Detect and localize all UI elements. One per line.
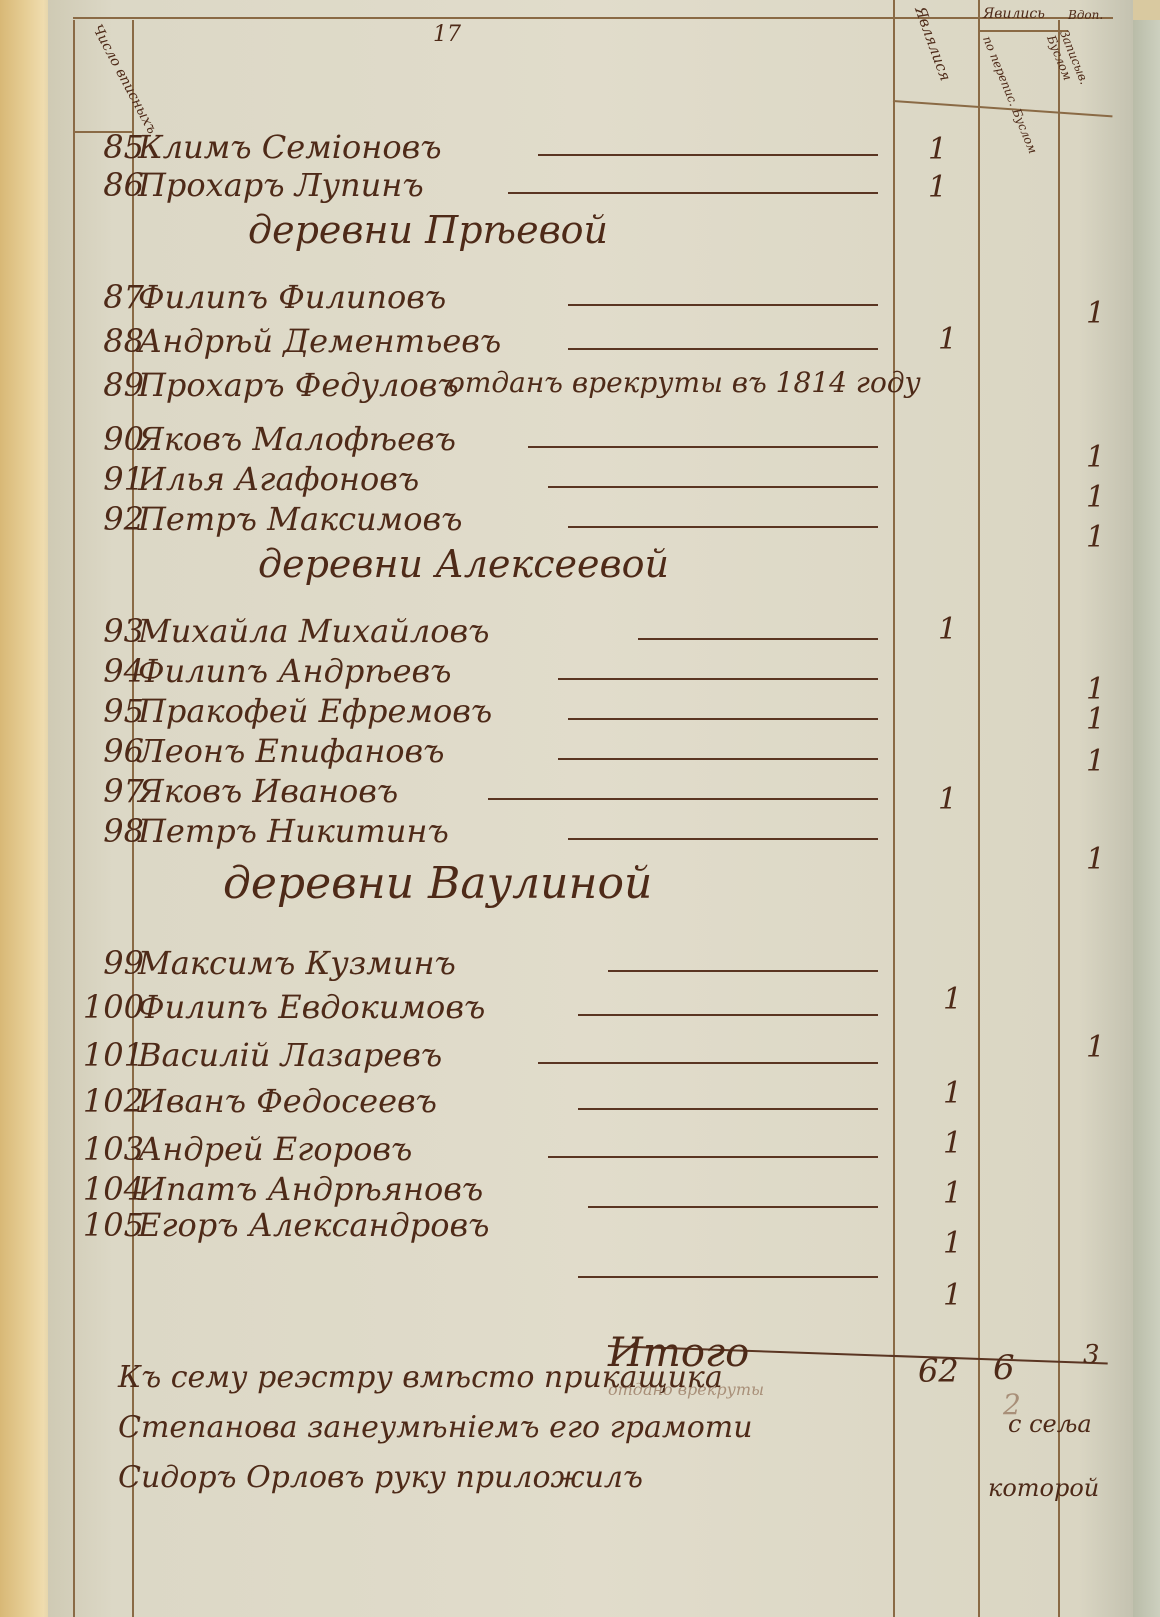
attestation-line-3: Сидоръ Орловъ руку приложилъ: [118, 1460, 643, 1495]
register-row: 91 Илья Агафоновъ 1: [48, 460, 1133, 504]
total-col3: 3: [1083, 1340, 1100, 1370]
register-row: 92 Петръ Максимовъ 1: [48, 500, 1133, 544]
col1-mark: 1: [938, 322, 957, 357]
header-col3-group: Вдоп.: [1068, 8, 1103, 22]
entry-number: 97: [76, 772, 144, 810]
entry-name: Егоръ Александровъ: [138, 1206, 490, 1244]
filler-dash: [568, 526, 878, 528]
register-row: 88 Андрѣй Дементьевъ 1: [48, 322, 1133, 366]
filler-dash: [558, 678, 878, 680]
entry-name: Андрѣй Дементьевъ: [138, 322, 501, 360]
col3-mark: 1: [1086, 520, 1105, 555]
entry-number: 105: [76, 1206, 144, 1244]
col1-mark: 1: [943, 982, 962, 1017]
section-heading: деревни Алексеевой: [258, 542, 669, 586]
filler-dash: [528, 446, 878, 448]
entry-name: Петръ Никитинъ: [138, 812, 449, 850]
total-col2: 6: [993, 1348, 1015, 1388]
col1-mark: 1: [943, 1126, 962, 1161]
col1-mark: 1: [943, 1278, 962, 1313]
filler-dash: [538, 154, 878, 156]
filler-dash: [578, 1276, 878, 1278]
register-row: 93 Михайла Михайловъ 1: [48, 612, 1133, 656]
header-col2-group: Явились: [983, 6, 1045, 22]
entry-number: 91: [76, 460, 144, 498]
register-row: 102 Иванъ Федосеевъ 1: [48, 1082, 1133, 1126]
entry-number: 92: [76, 500, 144, 538]
register-row: 101 Василій Лазаревъ 1: [48, 1036, 1133, 1080]
entry-name: Яковъ Ивановъ: [138, 772, 398, 810]
page-number: 17: [433, 22, 461, 47]
entry-number: 104: [76, 1170, 144, 1208]
filler-dash: [538, 1062, 878, 1064]
entry-name: Филипъ Филиповъ: [138, 278, 446, 316]
section-heading: деревни Прѣевой: [248, 208, 608, 252]
col2-group-rule: [978, 30, 1068, 32]
entry-number: 90: [76, 420, 144, 458]
entry-name: Климъ Семіоновъ: [138, 128, 442, 166]
register-row: 99 Максимъ Кузминъ: [48, 944, 1133, 988]
entry-number: 89: [76, 366, 144, 404]
entry-annotation: отданъ врекруты въ 1814 году: [448, 366, 921, 399]
entry-name: Прохаръ Лупинъ: [138, 166, 424, 204]
entry-name: Михайла Михайловъ: [138, 612, 489, 650]
entry-number: 101: [76, 1036, 144, 1074]
filler-dash: [568, 304, 878, 306]
section-heading: деревни Ваулиной: [223, 858, 652, 909]
entry-number: 87: [76, 278, 144, 316]
adjacent-page-edge: [1133, 20, 1160, 1617]
filler-dash: [508, 192, 878, 194]
entry-number: 86: [76, 166, 144, 204]
entry-name: Ипатъ Андрѣяновъ: [138, 1170, 483, 1208]
register-row: 98 Петръ Никитинъ 1: [48, 812, 1133, 856]
entry-name: Филипъ Андрѣевъ: [138, 652, 451, 690]
header-number-col: Число вписныхъ: [89, 22, 160, 137]
filler-dash: [558, 758, 878, 760]
header-bottom-rule: [893, 100, 1113, 117]
col3-mark: 1: [1086, 842, 1105, 877]
register-row: 86 Прохаръ Лупинъ 1: [48, 166, 1133, 210]
entry-name: Яковъ Малофѣевъ: [138, 420, 456, 458]
col1-mark: 1: [928, 170, 947, 205]
entry-name: Прохаръ Федуловъ: [138, 366, 459, 404]
entry-name: Петръ Максимовъ: [138, 500, 462, 538]
entry-name: Пракофей Ефремовъ: [138, 692, 492, 730]
top-rule: [73, 17, 1113, 19]
attestation-line-2: Степанова занеумѣніемъ его грамоти: [118, 1410, 753, 1445]
register-row: 87 Филипъ Филиповъ 1: [48, 278, 1133, 322]
document-scan: 17 Число вписныхъ Являлися Явились по пе…: [0, 0, 1160, 1617]
col1-mark: 1: [943, 1076, 962, 1111]
filler-dash: [568, 718, 878, 720]
entry-number: 95: [76, 692, 144, 730]
filler-dash: [568, 348, 878, 350]
attestation-line-1: Къ сему реэстру вмѣсто прикащика: [118, 1360, 723, 1395]
total-col1: 62: [918, 1352, 959, 1390]
register-row: 100 Филипъ Евдокимовъ 1: [48, 988, 1133, 1032]
register-row: 89 Прохаръ Федуловъ отданъ врекруты въ 1…: [48, 366, 1133, 410]
entry-name: Андрей Егоровъ: [138, 1130, 412, 1168]
entry-name: Илья Агафоновъ: [138, 460, 419, 498]
filler-dash: [578, 1014, 878, 1016]
col1-mark: 1: [938, 612, 957, 647]
entry-name: Леонъ Епифановъ: [138, 732, 444, 770]
register-page: 17 Число вписныхъ Являлися Явились по пе…: [48, 0, 1133, 1617]
register-row: 105 Егоръ Александровъ 1: [48, 1206, 1133, 1250]
filler-dash: [638, 638, 878, 640]
col1-mark: 1: [943, 1226, 962, 1261]
entry-number: 94: [76, 652, 144, 690]
register-row: 96 Леонъ Епифановъ 1: [48, 732, 1133, 776]
attestation-line-1-right: с сеља: [1008, 1410, 1092, 1438]
header-col1: Являлися: [911, 4, 955, 83]
header-col3: Записыв. Буслом: [1044, 28, 1094, 97]
filler-dash: [608, 970, 878, 972]
entry-number: 96: [76, 732, 144, 770]
register-row: 90 Яковъ Малофѣевъ 1: [48, 420, 1133, 464]
col1-mark: 1: [928, 132, 947, 167]
register-row: 97 Яковъ Ивановъ 1: [48, 772, 1133, 816]
filler-dash: [548, 486, 878, 488]
entry-number: 88: [76, 322, 144, 360]
filler-dash: [548, 1156, 878, 1158]
entry-number: 98: [76, 812, 144, 850]
entry-number: 85: [76, 128, 144, 166]
entry-number: 103: [76, 1130, 144, 1168]
register-row: 94 Филипъ Андрѣевъ 1: [48, 652, 1133, 696]
entry-name: Василій Лазаревъ: [138, 1036, 442, 1074]
filler-dash: [568, 838, 878, 840]
filler-dash: [578, 1108, 878, 1110]
entry-number: 102: [76, 1082, 144, 1120]
entry-number: 100: [76, 988, 144, 1026]
attestation-line-2-right: которой: [988, 1474, 1099, 1502]
register-row: 95 Пракофей Ефремовъ 1: [48, 692, 1133, 736]
entry-name: Филипъ Евдокимовъ: [138, 988, 485, 1026]
entry-number: 99: [76, 944, 144, 982]
register-row: 103 Андрей Егоровъ 1: [48, 1130, 1133, 1174]
col3-mark: 1: [1086, 1030, 1105, 1065]
filler-dash: [488, 798, 878, 800]
entry-name: Иванъ Федосеевъ: [138, 1082, 437, 1120]
entry-name: Максимъ Кузминъ: [138, 944, 456, 982]
entry-number: 93: [76, 612, 144, 650]
